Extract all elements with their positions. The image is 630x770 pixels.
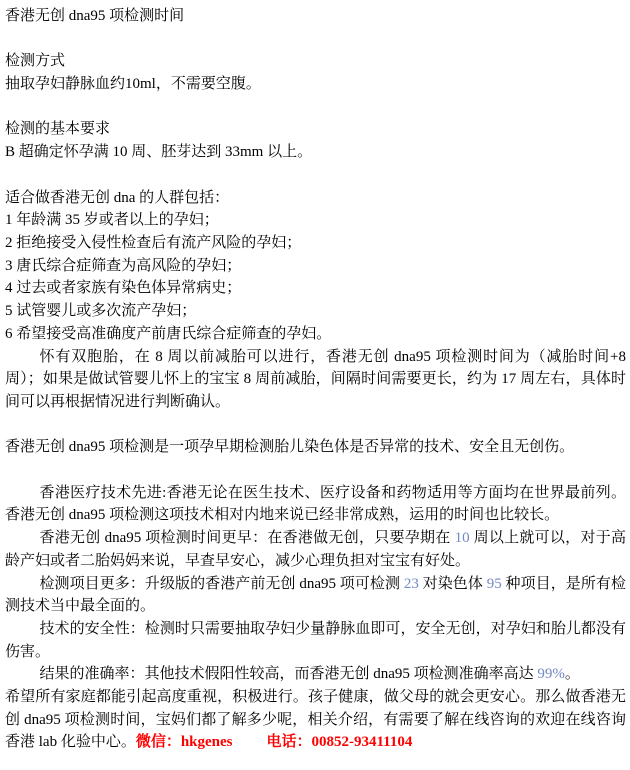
- advantage-items-paragraph: 检测项目更多：升级版的香港产前无创 dna95 项可检测 23 对染色体 95 …: [5, 573, 626, 618]
- requirements-body: B 超确定怀孕满 10 周、胚芽达到 33mm 以上。: [5, 141, 626, 164]
- intro-paragraph: 香港无创 dna95 项检测是一项孕早期检测胎儿染色体是否异常的技术、安全且无创…: [5, 436, 626, 459]
- advantage-items-text-pre: 检测项目更多：升级版的香港产前无创 dna95 项可检测: [40, 576, 404, 592]
- advantage-time-text-pre: 香港无创 dna95 项检测时间更早：在香港做无创，只要孕期在: [40, 530, 455, 546]
- accuracy-rate-highlight: 99%: [537, 666, 565, 682]
- advantage-accuracy-text-post: 。: [565, 666, 580, 682]
- phone-contact: 电话：00852-93411104: [267, 734, 413, 750]
- suitable-item-5: 5 试管婴儿或多次流产孕妇；: [5, 300, 626, 323]
- suitable-item-6: 6 希望接受高准确度产前唐氏综合症筛查的孕妇。: [5, 323, 626, 346]
- advantage-accuracy-text-pre: 结果的准确率：其他技术假阳性较高，而香港无创 dna95 项检测准确率高达: [40, 666, 538, 682]
- advantage-tech-paragraph: 香港医疗技术先进:香港无论在医生技术、医疗设备和药物适用等方面均在世界最前列。香…: [5, 482, 626, 527]
- requirements-heading: 检测的基本要求: [5, 118, 626, 141]
- suitable-heading: 适合做香港无创 dna 的人群包括：: [5, 187, 626, 210]
- weeks-highlight: 10: [455, 530, 470, 546]
- suitable-item-2: 2 拒绝接受入侵性检查后有流产风险的孕妇；: [5, 232, 626, 255]
- advantage-time-paragraph: 香港无创 dna95 项检测时间更早：在香港做无创，只要孕期在 10 周以上就可…: [5, 527, 626, 572]
- page-title: 香港无创 dna95 项检测时间: [5, 5, 626, 28]
- suitable-item-3: 3 唐氏综合症筛查为高风险的孕妇；: [5, 255, 626, 278]
- advantage-safety-paragraph: 技术的安全性：检测时只需要抽取孕妇少量静脉血即可，安全无创，对孕妇和胎儿都没有伤…: [5, 618, 626, 663]
- method-body: 抽取孕妇静脉血约10ml，不需要空腹。: [5, 73, 626, 96]
- advantage-accuracy-paragraph: 结果的准确率：其他技术假阳性较高，而香港无创 dna95 项检测准确率高达 99…: [5, 663, 626, 686]
- article-body: 香港无创 dna95 项检测时间 检测方式 抽取孕妇静脉血约10ml，不需要空腹…: [0, 0, 630, 754]
- suitable-item-4: 4 过去或者家族有染色体异常病史；: [5, 277, 626, 300]
- twins-paragraph: 怀有双胞胎，在 8 周以前减胎可以进行，香港无创 dna95 项检测时间为（减胎…: [5, 346, 626, 414]
- project-kinds-highlight: 95: [487, 576, 502, 592]
- chromosome-pairs-highlight: 23: [404, 576, 419, 592]
- wechat-contact: 微信：hkgenes: [136, 734, 233, 750]
- method-heading: 检测方式: [5, 50, 626, 73]
- suitable-item-1: 1 年龄满 35 岁或者以上的孕妇；: [5, 209, 626, 232]
- advantage-items-text-mid: 对染色体: [419, 576, 487, 592]
- closing-paragraph: 希望所有家庭都能引起高度重视，积极进行。孩子健康，做父母的就会更安心。那么做香港…: [5, 686, 626, 754]
